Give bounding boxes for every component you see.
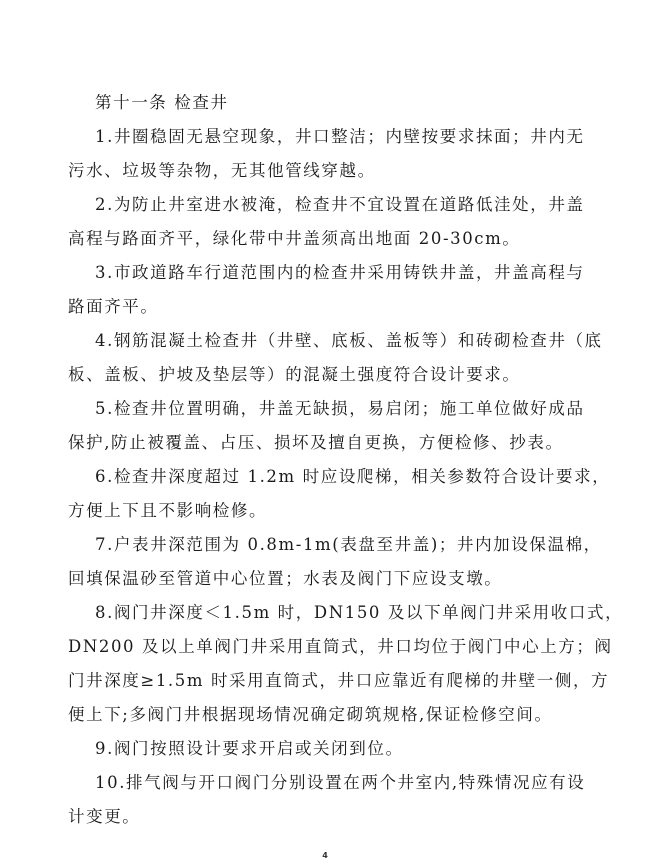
page-number: 4 <box>0 851 650 860</box>
item-4-line-1: 4.钢筋混凝土检查井（井壁、底板、盖板等）和砖砌检查井（底 <box>68 324 588 358</box>
document-body: 第十一条 检查井 1.井圈稳固无悬空现象，井口整洁；内壁按要求抹面；井内无 污水… <box>68 86 588 834</box>
item-1-line-1: 1.井圈稳固无悬空现象，井口整洁；内壁按要求抹面；井内无 <box>68 120 588 154</box>
item-9-line-1: 9.阀门按照设计要求开启或关闭到位。 <box>68 732 588 766</box>
item-4-line-2: 板、盖板、护坡及垫层等）的混凝土强度符合设计要求。 <box>68 358 588 392</box>
item-7-line-1: 7.户表井深范围为 0.8m-1m(表盘至井盖)；井内加设保温棉， <box>68 528 588 562</box>
item-8-line-1: 8.阀门井深度＜1.5m 时，DN150 及以下单阀门井采用收口式， <box>68 596 588 630</box>
item-10-line-1: 10.排气阀与开口阀门分别设置在两个井室内,特殊情况应有设 <box>68 766 588 800</box>
item-3-line-2: 路面齐平。 <box>68 290 588 324</box>
item-8-line-4: 便上下;多阀门井根据现场情况确定砌筑规格,保证检修空间。 <box>68 698 588 732</box>
item-6-line-2: 方便上下且不影响检修。 <box>68 494 588 528</box>
item-2-line-1: 2.为防止井室进水被淹，检查井不宜设置在道路低洼处，井盖 <box>68 188 588 222</box>
section-title: 第十一条 检查井 <box>68 86 588 120</box>
item-6-line-1: 6.检查井深度超过 1.2m 时应设爬梯，相关参数符合设计要求， <box>68 460 588 494</box>
item-3-line-1: 3.市政道路车行道范围内的检查井采用铸铁井盖，井盖高程与 <box>68 256 588 290</box>
item-5-line-2: 保护,防止被覆盖、占压、损坏及擅自更换，方便检修、抄表。 <box>68 426 588 460</box>
item-5-line-1: 5.检查井位置明确，井盖无缺损，易启闭；施工单位做好成品 <box>68 392 588 426</box>
item-1-line-2: 污水、垃圾等杂物，无其他管线穿越。 <box>68 154 588 188</box>
item-2-line-2: 高程与路面齐平，绿化带中井盖须高出地面 20-30cm。 <box>68 222 588 256</box>
item-8-line-2: DN200 及以上单阀门井采用直筒式，井口均位于阀门中心上方；阀 <box>68 630 588 664</box>
item-8-line-3: 门井深度≥1.5m 时采用直筒式，井口应靠近有爬梯的井壁一侧，方 <box>68 664 588 698</box>
item-7-line-2: 回填保温砂至管道中心位置；水表及阀门下应设支墩。 <box>68 562 588 596</box>
document-page: 第十一条 检查井 1.井圈稳固无悬空现象，井口整洁；内壁按要求抹面；井内无 污水… <box>0 0 650 868</box>
item-10-line-2: 计变更。 <box>68 800 588 834</box>
